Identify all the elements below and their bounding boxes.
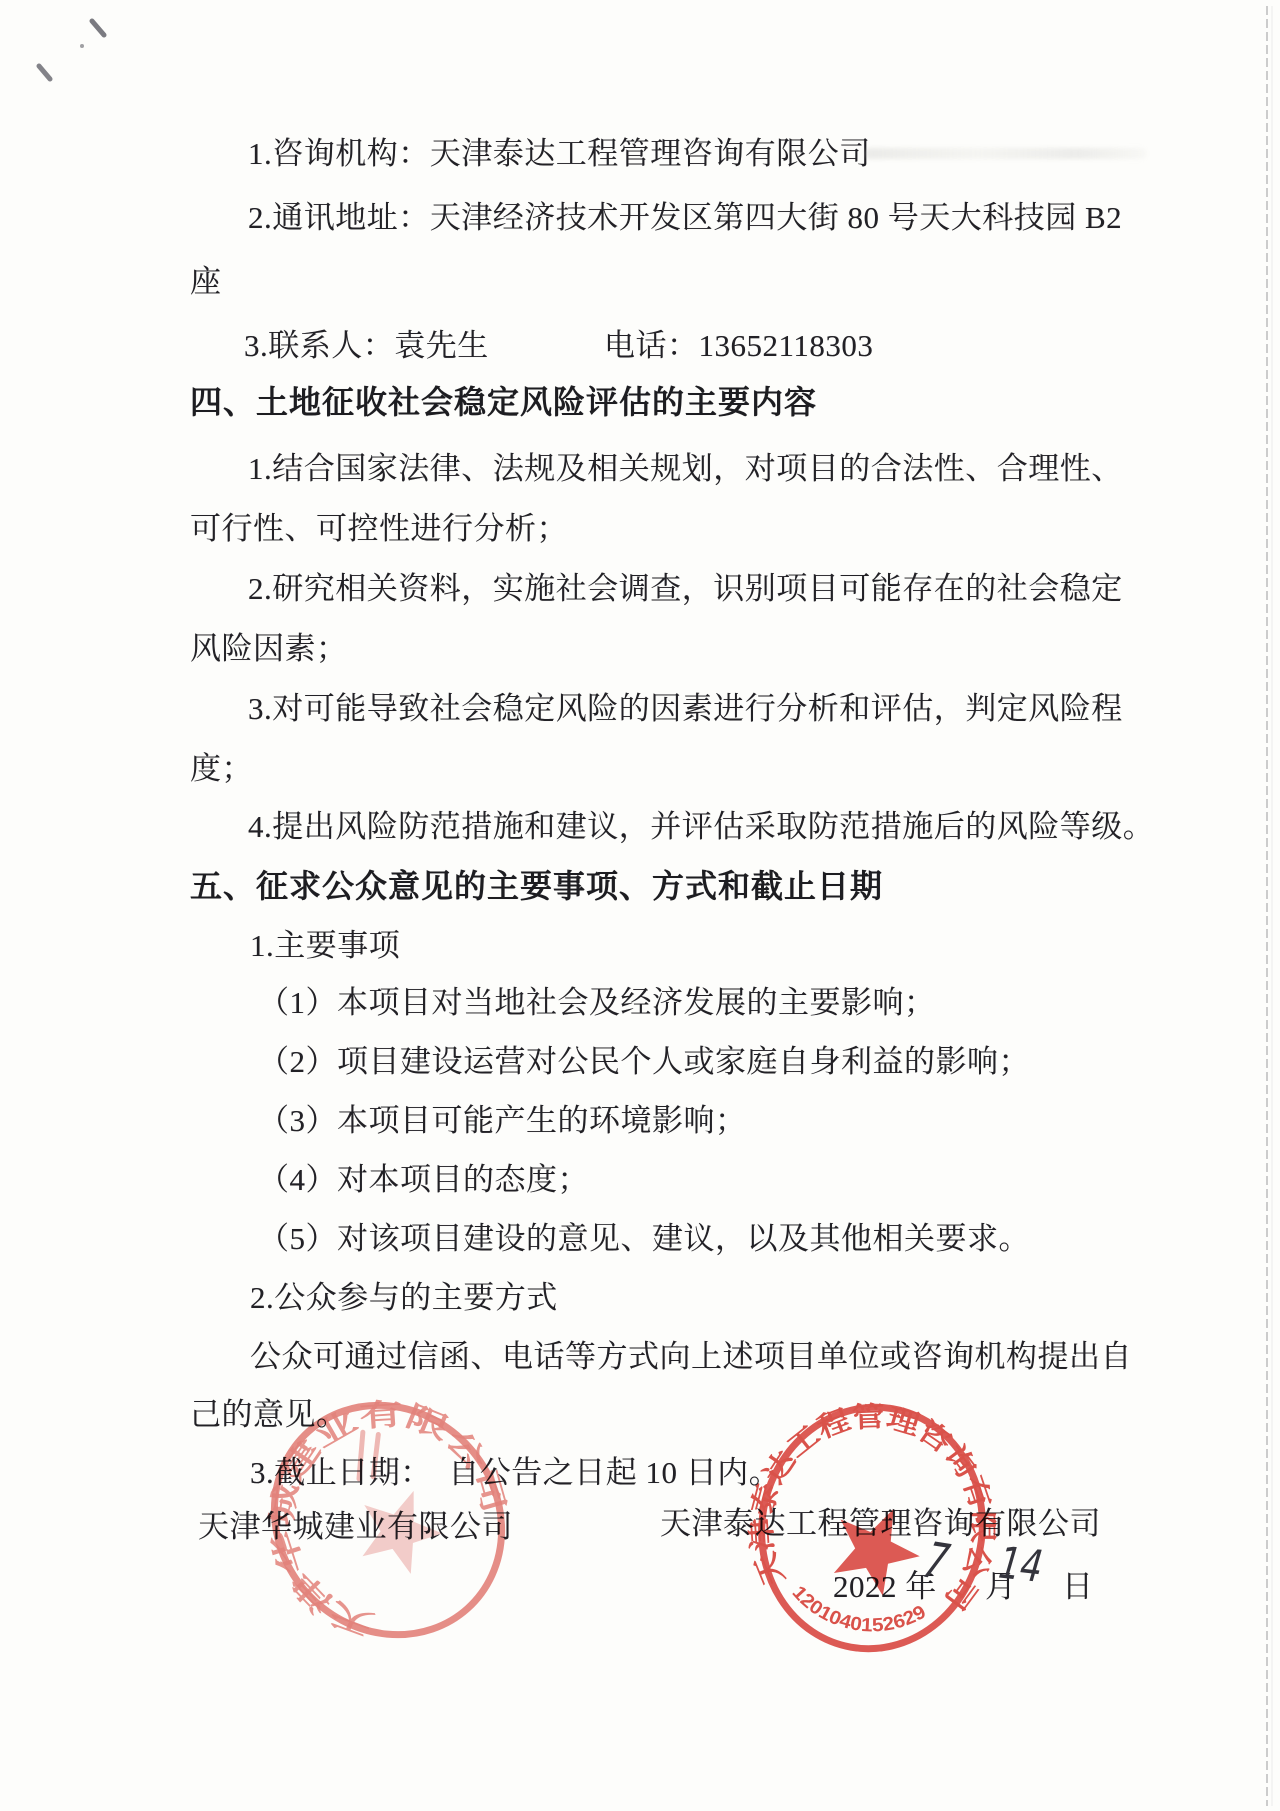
consulting-org-line: 1.咨询机构：天津泰达工程管理咨询有限公司 [248, 128, 871, 173]
handwritten-day-digit: 14 [992, 1538, 1050, 1592]
section4-title: 四、土地征收社会稳定风险评估的主要内容 [190, 377, 817, 423]
section4-item1b: 可行性、可控性进行分析； [190, 503, 568, 548]
date-day-char: 日 [1062, 1561, 1094, 1606]
right-company-name: 天津泰达工程管理咨询有限公司 [660, 1498, 1101, 1543]
section5-point2: （2）项目建设运营对公民个人或家庭自身利益的影响； [258, 1036, 1030, 1081]
section5-sub3: 3.截止日期： 自公告之日起 10 日内。 [250, 1447, 780, 1492]
address-cont-line: 座 [190, 256, 222, 301]
contact-line: 3.联系人：袁先生 [244, 320, 489, 365]
scan-smudge [865, 148, 1147, 159]
scan-marks [39, 21, 104, 79]
section4-item4: 4.提出风险防范措施和建议，并评估采取防范措施后的风险等级。 [248, 801, 1154, 846]
address-line: 2.通讯地址：天津经济技术开发区第四大街 80 号天大科技园 B2 [248, 192, 1122, 237]
section4-item1a: 1.结合国家法律、法规及相关规划，对项目的合法性、合理性、 [248, 443, 1123, 488]
section5-sub1: 1.主要事项 [250, 920, 400, 965]
scan-edge-line [1267, 6, 1272, 1806]
section5-point1: （1）本项目对当地社会及经济发展的主要影响； [258, 977, 936, 1022]
section5-point3: （3）本项目可能产生的环境影响； [258, 1095, 747, 1140]
section5-sub2a: 公众可通过信函、电话等方式向上述项目单位或咨询机构提出自 [250, 1331, 1132, 1376]
scan-mark-icon [92, 21, 104, 35]
section5-sub2b: 己的意见。 [190, 1389, 348, 1434]
section5-title: 五、征求公众意见的主要事项、方式和截止日期 [190, 861, 883, 907]
section4-item2a: 2.研究相关资料，实施社会调查，识别项目可能存在的社会稳定 [248, 563, 1123, 608]
section4-item3a: 3.对可能导致社会稳定风险的因素进行分析和评估，判定风险程 [248, 683, 1123, 728]
scan-mark-icon [39, 66, 50, 79]
section5-point5: （5）对该项目建设的意见、建议，以及其他相关要求。 [258, 1213, 1030, 1258]
phone-line: 电话：13652118303 [604, 320, 873, 365]
section4-item2b: 风险因素； [190, 623, 348, 668]
section5-sub2: 2.公众参与的主要方式 [250, 1272, 558, 1317]
left-company-name: 天津华城建业有限公司 [198, 1501, 513, 1546]
scanned-document-page: 1.咨询机构：天津泰达工程管理咨询有限公司 2.通讯地址：天津经济技术开发区第四… [0, 0, 1280, 1811]
scan-dot-icon [80, 44, 84, 48]
section4-item3b: 度； [190, 743, 253, 788]
section5-point4: （4）对本项目的态度； [258, 1154, 589, 1199]
